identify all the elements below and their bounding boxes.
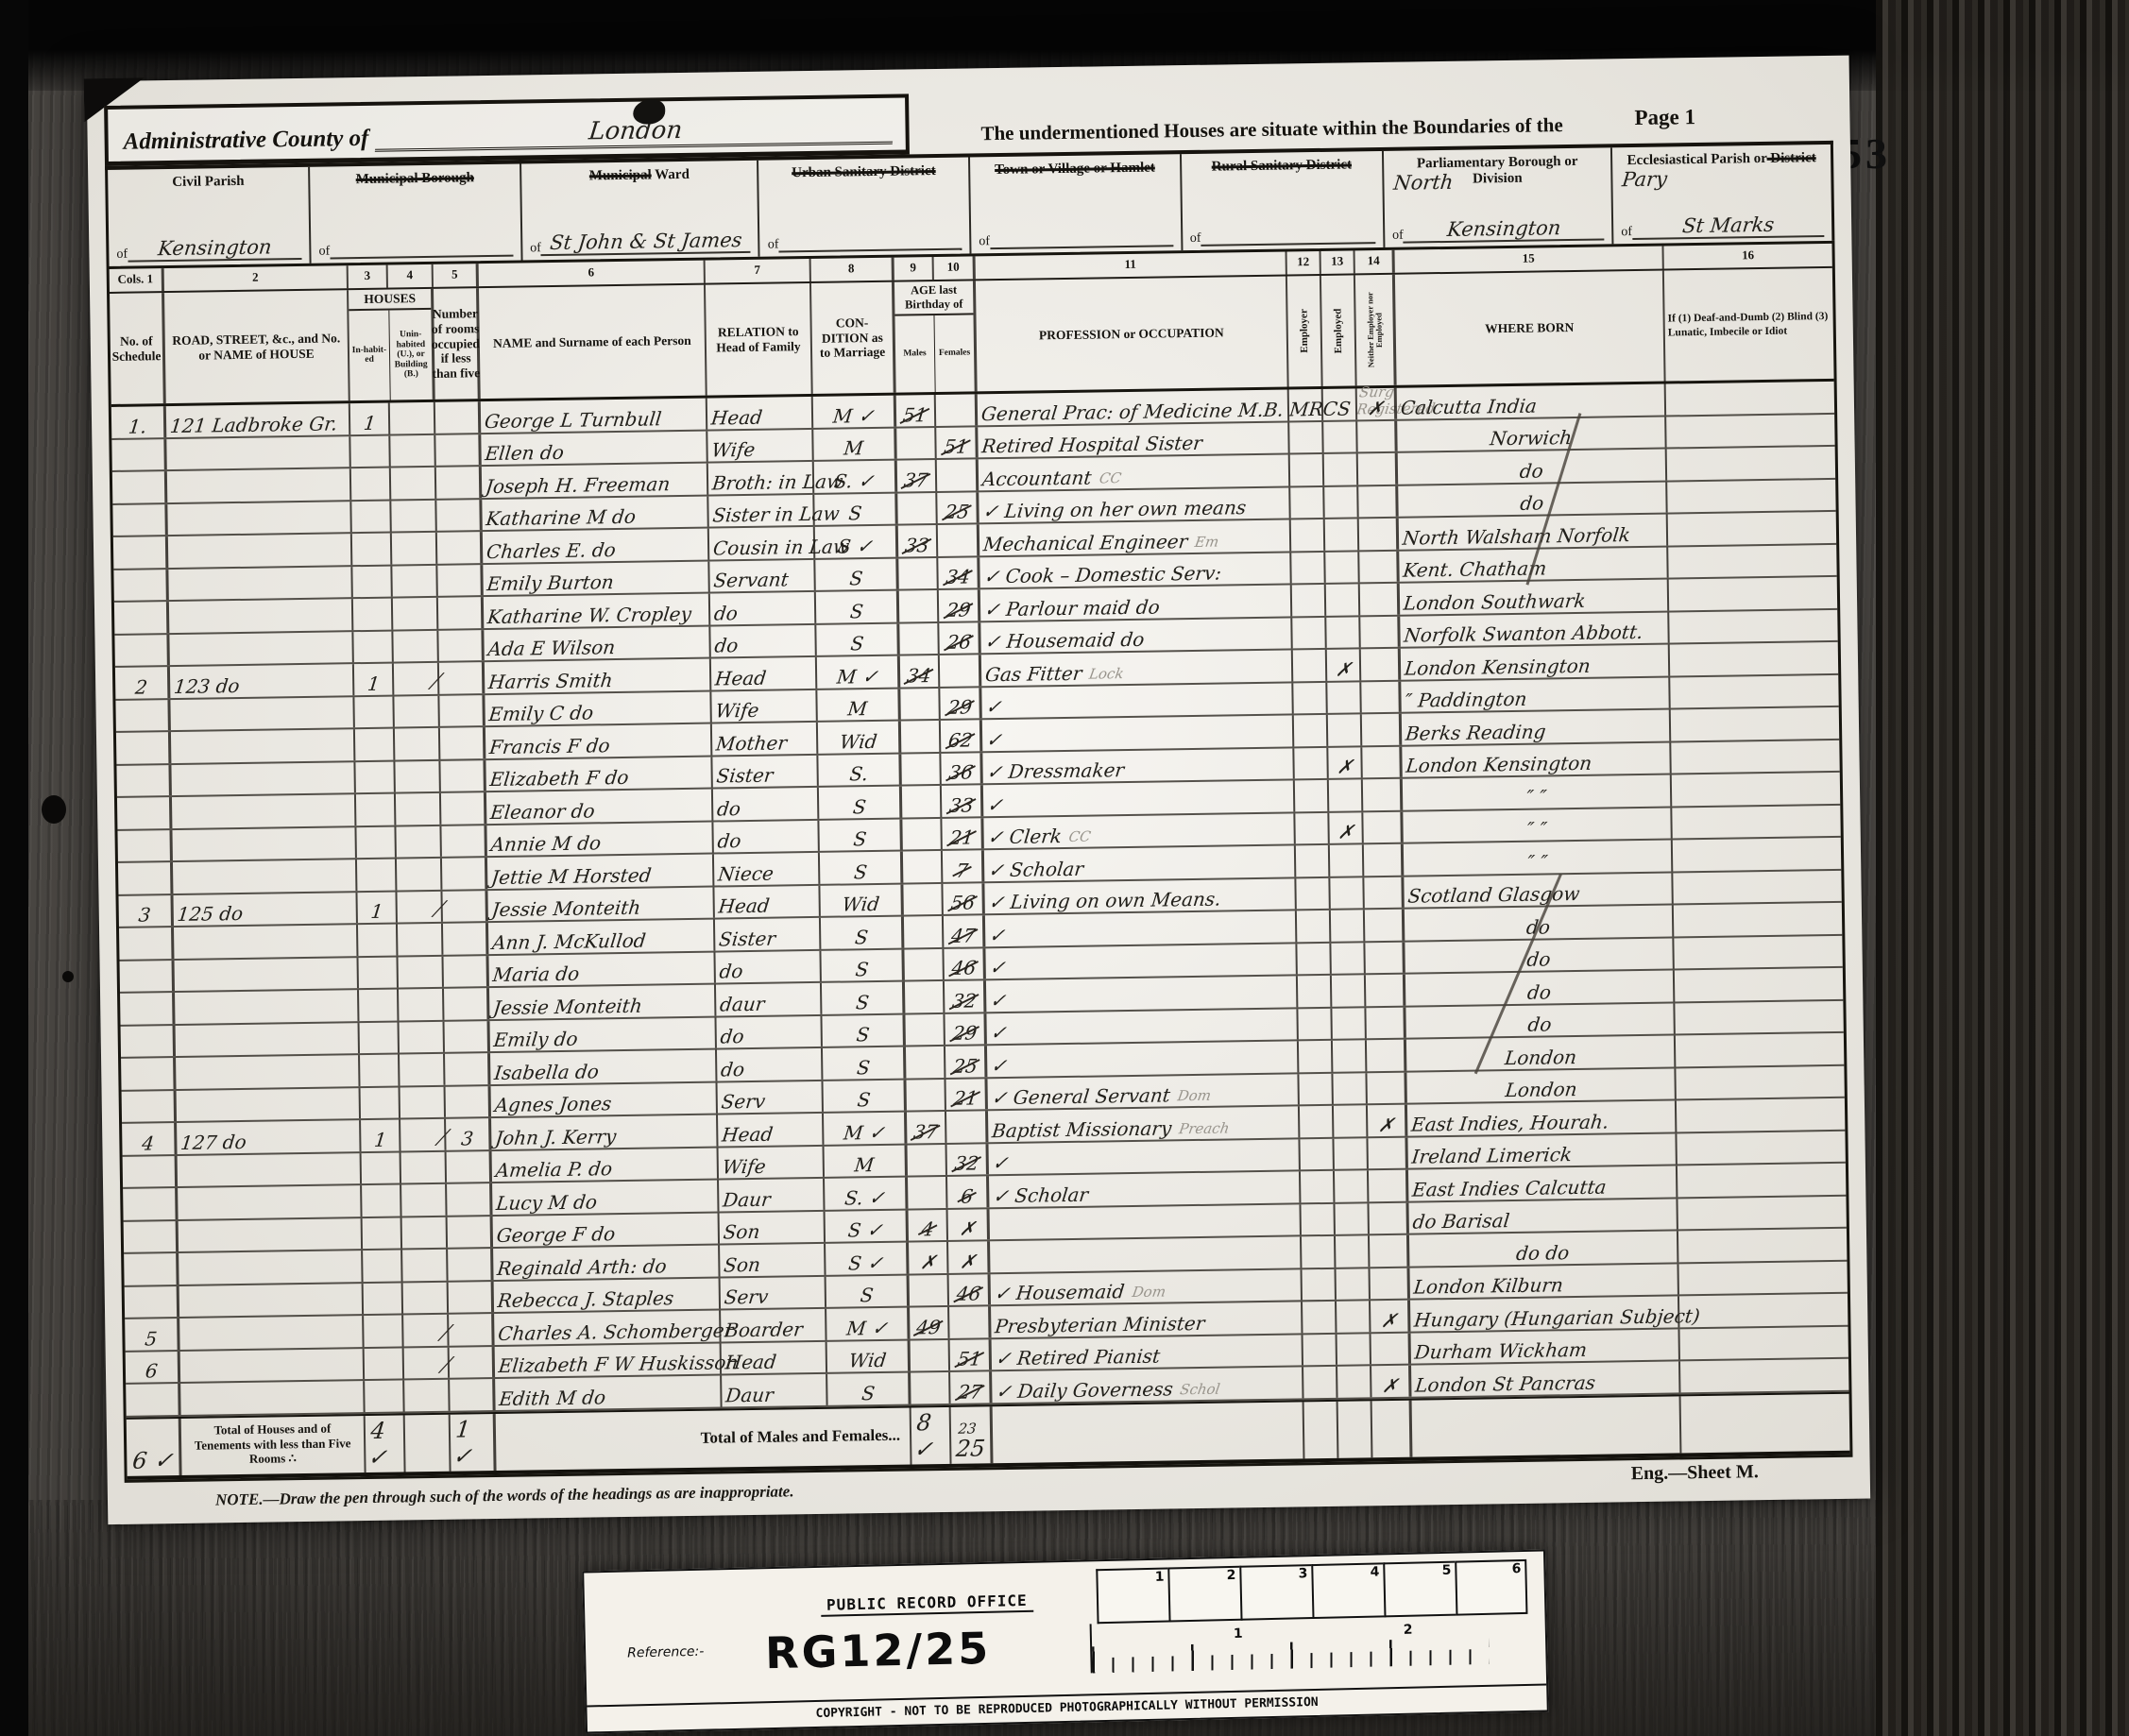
cell-schedule: [113, 536, 168, 568]
cell-name: Ada E Wilson: [484, 626, 710, 660]
cell-relation: Mother: [712, 723, 818, 755]
cell-rooms: [443, 923, 488, 954]
cell-schedule: 5: [125, 1319, 179, 1350]
cell-uninhabited: [392, 565, 437, 596]
cell-age-male: [904, 916, 944, 947]
cell-infirmity: [1673, 870, 1841, 903]
cell-infirmity: [1669, 609, 1837, 642]
cell-address: 125 do: [173, 893, 357, 926]
cell-name: Harris Smith: [485, 659, 711, 693]
cell-occupation: ✓ Scholar: [989, 1171, 1301, 1206]
cell-age-female: 51: [950, 1339, 992, 1370]
cell-inhabited: [355, 761, 395, 792]
cell-where-born: ″ ″: [1403, 774, 1672, 809]
cell-condition: S ✓: [826, 1243, 909, 1275]
cell-relation: do: [713, 788, 819, 820]
cell-infirmity: [1678, 1261, 1847, 1294]
cell-age-female: 32: [946, 1144, 988, 1175]
cell-name: Edith M do: [495, 1375, 722, 1409]
cell-rooms: [440, 727, 485, 758]
cell-uninhabited: [397, 859, 442, 890]
cell-age-female: 32: [945, 980, 986, 1012]
cell-employed: [1334, 1138, 1368, 1169]
sheet-label: Eng.—Sheet M.: [1631, 1461, 1759, 1485]
cell-name: Jessie Monteith: [489, 985, 716, 1019]
cell-rooms: [441, 825, 486, 857]
hole-punch: [42, 795, 66, 824]
cell-condition: S: [821, 917, 904, 949]
cell-infirmity: [1670, 674, 1838, 707]
cell-schedule: 3: [118, 895, 173, 927]
cell-employer: [1292, 585, 1326, 616]
administrative-county-label: Administrative County of: [123, 126, 368, 156]
head-infirmities: If (1) Deaf-and-Dumb (2) Blind (3) Lunat…: [1664, 268, 1834, 382]
cell-condition: S: [827, 1373, 911, 1405]
district-value: Kensington: [157, 237, 272, 259]
total-uninhabited: [405, 1414, 451, 1472]
cell-where-born: ″ Paddington: [1401, 677, 1670, 712]
head-rooms: Number of rooms occupied if less than fi…: [434, 288, 481, 400]
head-age-group: AGE last Birthday of Males Females: [894, 281, 978, 392]
column-number-1: Cols. 1: [110, 268, 164, 292]
cell-uninhabited: [402, 1217, 448, 1248]
cell-age-male: [906, 1079, 945, 1110]
cell-name: Emily C do: [485, 691, 711, 725]
cell-schedule: [112, 504, 167, 536]
cell-infirmity: [1674, 935, 1842, 968]
district-of-line: ofKensington: [116, 237, 302, 263]
cell-infirmity: [1679, 1294, 1848, 1327]
cell-rooms: 3∕: [446, 1118, 491, 1149]
cell-age-female: 34: [938, 557, 979, 588]
cell-age-female: ✗: [948, 1241, 990, 1272]
district-of-line: ofKensington: [1392, 217, 1605, 243]
head-name: NAME and Surname of each Person: [479, 285, 707, 400]
cell-neither: [1362, 746, 1402, 777]
cell-age-female: 25: [945, 1046, 987, 1077]
cell-age-male: [898, 557, 938, 588]
cell-where-born: do do: [1409, 1231, 1678, 1266]
cell-inhabited: [361, 1087, 400, 1118]
cell-neither: [1363, 811, 1403, 842]
cell-name: Agnes Jones: [491, 1082, 718, 1116]
cell-where-born: do: [1398, 450, 1667, 485]
scan-left-black-band: [0, 0, 28, 1736]
cell-rooms: [437, 532, 483, 563]
cell-age-male: [899, 622, 939, 654]
cell-age-female: 29: [939, 589, 980, 621]
cell-neither: [1367, 1072, 1406, 1103]
head-condition: CON-DITION as to Marriage: [811, 282, 896, 394]
cell-employed: [1336, 1235, 1370, 1267]
cell-neither: [1365, 910, 1405, 941]
inch-ruler-segment: 4: [1311, 1562, 1384, 1619]
cell-occupation: Baptist MissionaryPreach: [988, 1106, 1300, 1141]
cell-schedule: [115, 700, 170, 731]
cell-neither: [1359, 519, 1399, 550]
cell-inhabited: 1: [357, 892, 397, 923]
cell-age-male: [901, 753, 941, 784]
cell-condition: S.: [818, 754, 901, 786]
cell-where-born: do: [1405, 970, 1675, 1005]
cell-schedule: 1.: [111, 406, 166, 437]
cell-inhabited: 1: [350, 403, 390, 434]
cell-relation: Sister: [715, 918, 821, 950]
cell-age-female: 46: [944, 948, 985, 979]
cell-schedule: [122, 1091, 177, 1122]
cell-neither: [1360, 616, 1400, 647]
cell-age-male: 4: [909, 1209, 948, 1240]
cell-employer: [1289, 421, 1323, 452]
pencil-annotation: Em: [1194, 533, 1220, 550]
cell-where-born: do: [1405, 1003, 1675, 1038]
cell-rooms: [439, 695, 485, 726]
cell-address: [174, 925, 358, 958]
cell-schedule: [120, 961, 175, 992]
cell-neither: [1358, 453, 1398, 485]
head-employed: Employed: [1332, 308, 1345, 353]
cell-inhabited: [352, 534, 392, 565]
cell-inhabited: [350, 435, 390, 467]
cell-rooms: [448, 1249, 493, 1280]
cell-condition: S. ✓: [814, 461, 897, 493]
cell-employer: [1293, 682, 1327, 713]
district-of-line: of: [1190, 228, 1375, 247]
totals-blank-occupation: [993, 1402, 1305, 1463]
cell-infirmity: [1666, 382, 1834, 415]
district-label: Rural Sanitary District: [1189, 157, 1374, 176]
cell-employed: [1329, 779, 1363, 810]
cell-schedule: [119, 928, 174, 959]
totals-blank-born: [1412, 1396, 1682, 1456]
cell-condition: Wid: [820, 884, 903, 916]
cell-address: [176, 1055, 360, 1088]
column-number-2: 2: [164, 265, 349, 291]
cell-where-born: do Barisal: [1408, 1199, 1678, 1234]
cell-age-male: [911, 1372, 950, 1404]
cell-age-male: [897, 492, 937, 523]
cell-infirmity: [1670, 642, 1838, 675]
head-profession: PROFESSION or OCCUPATION: [976, 276, 1289, 391]
head-females: Females: [934, 315, 974, 392]
cell-relation: Wife: [711, 689, 817, 722]
district-label: Municipal Borough: [317, 170, 512, 189]
census-page: Administrative County of London The unde…: [87, 56, 1870, 1525]
column-number-16: 16: [1663, 244, 1831, 269]
cell-age-male: 49: [910, 1307, 949, 1338]
cell-relation: do: [715, 950, 821, 982]
cell-relation: Broth: in Law: [708, 462, 814, 494]
cell-occupation: ✓: [986, 1009, 1298, 1044]
cell-employed: [1335, 1203, 1369, 1234]
cell-condition: S: [822, 1014, 905, 1047]
cell-age-male: [902, 818, 942, 849]
cell-inhabited: [358, 925, 398, 956]
cell-address: [175, 958, 359, 991]
cell-occupation: ✓ General ServantDom: [987, 1074, 1299, 1109]
cell-employer: [1295, 780, 1329, 811]
cell-inhabited: [353, 631, 393, 662]
cell-infirmity: [1668, 544, 1836, 577]
head-road-street: ROAD, STREET, &c., and No. or NAME of HO…: [164, 290, 350, 403]
cell-address: [169, 599, 353, 632]
cell-name: Rebecca J. Staples: [494, 1278, 721, 1312]
cell-condition: S: [815, 558, 898, 590]
cell-uninhabited: [403, 1282, 449, 1313]
cell-schedule: [112, 471, 167, 502]
cell-where-born: London: [1406, 1035, 1676, 1070]
column-number-8: 8: [811, 258, 894, 281]
district-handwritten-note: North: [1392, 171, 1455, 195]
cell-relation: Wife: [719, 1146, 825, 1178]
cell-condition: S: [816, 591, 899, 623]
cell-uninhabited: [395, 760, 440, 791]
district-label: Civil Parish: [115, 173, 300, 192]
cell-address: [167, 502, 351, 535]
cell-age-female: 51: [936, 427, 978, 458]
cell-employed: [1323, 421, 1357, 452]
cell-inhabited: [351, 501, 391, 532]
cell-age-male: [910, 1274, 949, 1305]
cell-uninhabited: [399, 989, 444, 1020]
cell-inhabited: [356, 794, 396, 825]
cell-name: Ellen do: [481, 431, 707, 465]
cell-rooms: [436, 500, 482, 531]
cell-condition: M ✓: [826, 1308, 910, 1340]
cell-employed: ✗: [1328, 747, 1362, 778]
cell-age-female: 47: [944, 915, 985, 946]
cell-address: [167, 468, 351, 502]
cell-neither: [1364, 844, 1404, 876]
cell-rooms: [445, 1053, 490, 1084]
total-inhabited: 4 ✓: [366, 1417, 402, 1471]
cell-name: Elizabeth F do: [485, 757, 712, 791]
cell-occupation: ✓: [981, 683, 1293, 718]
cell-infirmity: [1678, 1229, 1847, 1262]
cell-employer: [1297, 943, 1331, 974]
cell-age-female: 27: [950, 1371, 992, 1403]
cell-age-male: [901, 721, 941, 752]
cell-rooms: [447, 1151, 492, 1183]
cell-uninhabited: [402, 1250, 448, 1281]
cell-inhabited: [355, 729, 395, 760]
cell-relation: Serv: [717, 1081, 823, 1113]
cell-employer: [1289, 389, 1323, 420]
cell-infirmity: [1677, 1131, 1845, 1164]
district-box-4: Urban Sanitary Districtof: [758, 157, 971, 256]
cell-schedule: [117, 830, 172, 861]
inch-ruler-segment: 3: [1239, 1564, 1312, 1621]
cell-infirmity: [1678, 1196, 1846, 1229]
district-value: St John & St James: [549, 230, 742, 253]
cell-age-male: [903, 851, 943, 882]
cell-name: Annie M do: [486, 822, 713, 856]
cell-employed: [1325, 519, 1359, 550]
cell-inhabited: [362, 1152, 401, 1183]
cell-infirmity: [1671, 707, 1839, 740]
cell-relation: Daur: [719, 1179, 825, 1211]
cell-uninhabited: [394, 695, 439, 726]
cell-age-female: [938, 524, 979, 555]
cell-infirmity: [1671, 740, 1839, 773]
cell-address: [178, 1185, 362, 1218]
cell-name: Francis F do: [485, 724, 712, 758]
cell-neither: [1368, 1137, 1407, 1168]
cell-where-born: London Kilburn: [1409, 1264, 1678, 1299]
cell-neither: [1362, 714, 1402, 745]
cell-name: George F do: [493, 1213, 720, 1247]
cell-condition: M: [813, 428, 896, 460]
cell-address: [170, 697, 354, 730]
cell-where-born: ″ ″: [1403, 808, 1672, 842]
cell-employer: [1297, 911, 1331, 942]
cell-where-born: London: [1406, 1068, 1676, 1103]
cell-age-female: [949, 1306, 991, 1337]
cell-condition: S: [819, 819, 902, 851]
cell-employed: [1326, 584, 1360, 615]
cell-age-male: [896, 427, 936, 458]
cell-neither: ✗: [1357, 388, 1397, 419]
cell-occupation: ✓ Retired Pianist: [992, 1335, 1303, 1370]
cell-where-born: Scotland Glasgow: [1404, 873, 1673, 908]
cell-infirmity: [1672, 805, 1840, 838]
cell-occupation: Gas FitterLock: [981, 650, 1293, 685]
cell-condition: M ✓: [813, 396, 896, 428]
cell-neither: [1369, 1170, 1408, 1201]
cell-name: Eleanor do: [486, 790, 713, 824]
district-label: Urban Sanitary District: [767, 163, 962, 182]
pro-reference-label: Reference:-: [627, 1644, 705, 1661]
cell-inhabited: [353, 599, 393, 630]
cell-employer: [1296, 877, 1330, 909]
cell-rooms: [435, 434, 481, 466]
column-number-5: 5: [434, 264, 479, 287]
district-label: Ecclesiastical Parish or District: [1620, 150, 1823, 169]
cell-occupation: ✓: [987, 1041, 1299, 1076]
cell-uninhabited: [390, 402, 435, 434]
cell-occupation: ✓: [982, 715, 1294, 750]
cell-occupation: ✓ HousemaidDom: [991, 1269, 1303, 1304]
cell-neither: ✗: [1371, 1366, 1411, 1397]
cell-condition: M ✓: [817, 656, 900, 689]
cell-uninhabited: [400, 1054, 445, 1085]
cell-condition: S: [816, 623, 899, 655]
cell-schedule: [124, 1220, 179, 1251]
cell-where-born: London Kensington: [1402, 742, 1671, 777]
cell-relation: Niece: [714, 853, 820, 885]
inch-ruler-segment: 1: [1096, 1568, 1168, 1625]
census-table: Cols. 12345678910111213141516 No. of Sch…: [107, 241, 1853, 1483]
cell-uninhabited: [392, 533, 437, 564]
cell-neither: [1358, 485, 1398, 517]
cell-uninhabited: [401, 1151, 447, 1183]
cell-employer: [1290, 486, 1324, 518]
cell-relation: Son: [720, 1211, 826, 1243]
cell-schedule: [126, 1384, 180, 1415]
cell-address: [166, 436, 350, 469]
cell-relation: Head: [722, 1341, 827, 1373]
cell-relation: Daur: [722, 1374, 827, 1406]
cell-relation: Head: [707, 397, 813, 429]
cell-infirmity: [1667, 479, 1835, 512]
cell-schedule: [125, 1285, 179, 1317]
cell-uninhabited: [393, 598, 438, 629]
cell-age-male: [905, 1013, 945, 1045]
cell-schedule: [113, 570, 168, 601]
cell-employed: [1331, 943, 1365, 974]
cell-age-male: [902, 786, 942, 817]
cell-relation: Serv: [721, 1276, 826, 1308]
district-box-3: Municipal WardofSt John & St James: [521, 161, 760, 261]
cell-age-female: 29: [945, 1013, 986, 1045]
cell-employer: [1292, 617, 1326, 648]
cell-relation: Head: [718, 1114, 824, 1146]
cell-age-female: 6: [947, 1176, 989, 1207]
district-handwritten-note: Pary: [1621, 167, 1668, 191]
cell-schedule: [121, 1026, 176, 1057]
cell-relation: do: [717, 1048, 823, 1081]
cell-occupation: AccountantCC: [979, 454, 1290, 489]
cell-age-female: [936, 394, 978, 425]
cell-name: Katharine W. Cropley: [484, 594, 710, 628]
cell-neither: [1370, 1268, 1409, 1299]
cell-condition: Wid: [818, 722, 901, 754]
cell-age-male: [899, 590, 939, 621]
cell-uninhabited: [395, 728, 440, 759]
cell-employer: [1290, 454, 1324, 485]
cell-uninhabited: [396, 793, 441, 825]
cell-age-male: ✗: [909, 1242, 948, 1273]
cell-age-male: [904, 948, 944, 979]
pro-reference-number: RG12/25: [765, 1623, 992, 1678]
cell-schedule: 4: [122, 1123, 177, 1154]
cell-name: Jessie Monteith: [487, 887, 714, 921]
cell-rooms: ∕: [439, 662, 485, 693]
administrative-county-box: Administrative County of London: [104, 94, 910, 166]
cell-name: Lucy M do: [492, 1180, 719, 1214]
cell-condition: S: [819, 787, 902, 819]
cell-age-male: [911, 1339, 950, 1370]
cell-rooms: [440, 760, 485, 791]
cell-relation: Boarder: [721, 1309, 826, 1341]
cell-age-male: 33: [898, 525, 938, 556]
cell-neither: [1359, 551, 1399, 582]
cell-address: [171, 762, 355, 795]
cell-rooms: [446, 1086, 491, 1117]
cell-address: 121 Ladbroke Gr.: [166, 403, 350, 436]
district-of-line: ofSt Marks: [1621, 214, 1824, 240]
pencil-annotation: CC: [1068, 828, 1093, 845]
cm-ruler: 1 2: [1090, 1615, 1490, 1674]
cell-address: [178, 1153, 362, 1186]
cell-rooms: [443, 956, 488, 987]
head-where-born: WHERE BORN: [1395, 271, 1666, 385]
cell-condition: S ✓: [826, 1210, 909, 1242]
cell-inhabited: [360, 1022, 400, 1053]
cell-rooms: [438, 630, 484, 661]
cell-name: Ann J. McKullod: [488, 920, 715, 954]
cell-address: [175, 990, 359, 1023]
cell-schedule: [116, 765, 171, 796]
cell-age-female: 21: [942, 818, 983, 849]
cell-rooms: [442, 858, 487, 889]
cell-employer: [1300, 1106, 1334, 1137]
cell-employed: [1334, 1105, 1368, 1136]
cell-occupation: ✓ Housemaid do: [980, 618, 1292, 653]
cell-condition: S: [821, 949, 904, 981]
cm-ruler-number: 2: [1404, 1623, 1413, 1638]
cell-name: Joseph H. Freeman: [482, 464, 708, 498]
